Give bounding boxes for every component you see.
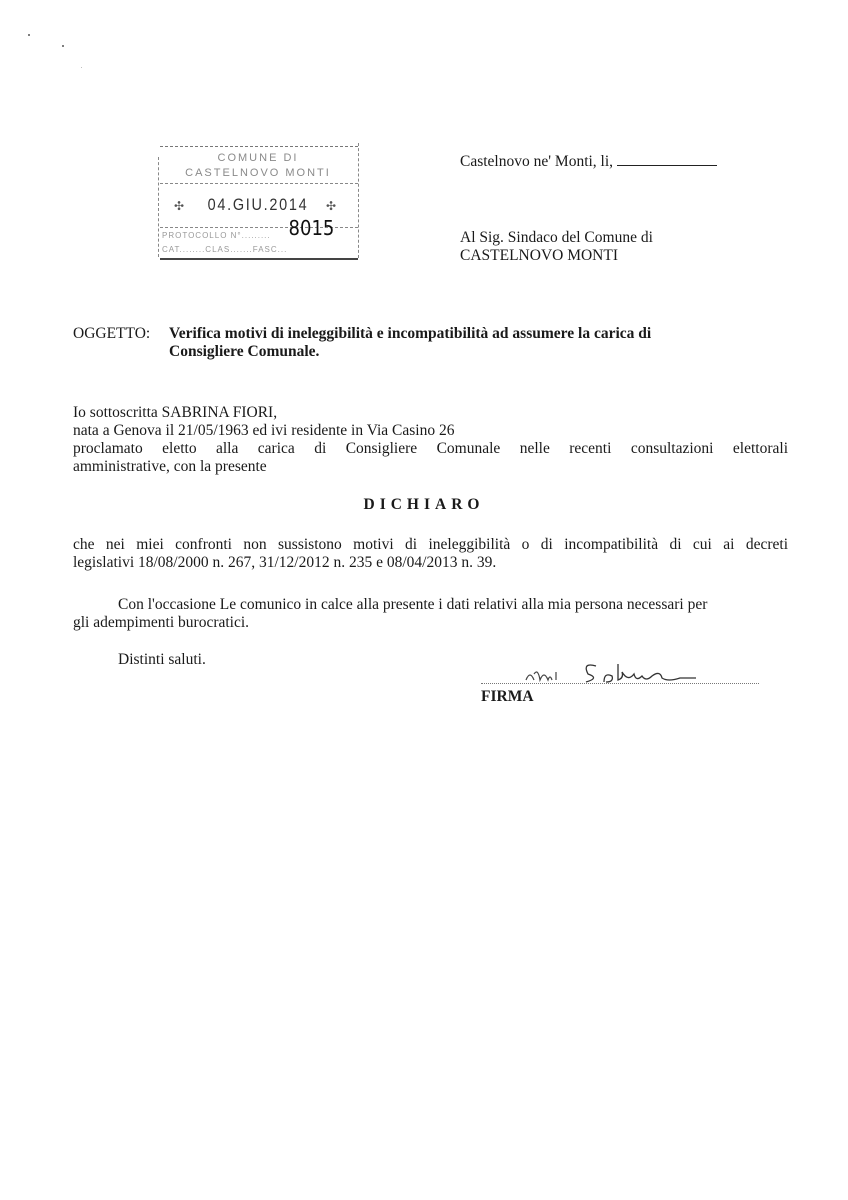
recipient-line-2: CASTELNOVO MONTI [460,247,618,265]
stamp-ornament-icon: ✣ [326,199,336,213]
stamp-municipality-label: COMUNE DI [158,152,358,164]
declaration-line-1: che nei miei confronti non sussistono mo… [73,536,788,554]
stamp-protocol-label: PROTOCOLLO N°......... [162,231,271,240]
signature-label: FIRMA [481,688,534,706]
stamp-border [160,146,358,147]
stamp-divider [160,183,358,184]
place-date-line: Castelnovo ne' Monti, li, [460,151,717,171]
intro-line-1: Io sottoscritta SABRINA FIORI, [73,404,277,422]
stamp-classification-label: CAT........CLAS.......FASC... [162,245,287,254]
subject-line-1: Verifica motivi di ineleggibilità e inco… [169,325,651,343]
stamp-border [358,143,359,258]
stamp-border [160,258,358,260]
subject-label: OGGETTO: [73,325,150,343]
declaration-line-2: legislativi 18/08/2000 n. 267, 31/12/201… [73,554,496,572]
occasion-line-1: Con l'occasione Le comunico in calce all… [118,596,707,614]
place-date-text: Castelnovo ne' Monti, li, [460,153,613,170]
protocol-stamp: COMUNE DI CASTELNOVO MONTI ✣ 04.GIU.2014… [158,143,360,261]
scan-speck [28,34,30,36]
subject-line-2: Consigliere Comunale. [169,343,319,361]
intro-line-4: amministrative, con la presente [73,458,267,476]
recipient-line-1: Al Sig. Sindaco del Comune di [460,229,653,247]
handwritten-signature [520,656,710,686]
declaration-heading: DICHIARO [0,496,848,514]
date-blank-field [617,151,717,166]
signature-line [481,683,759,684]
scan-speck [81,67,82,68]
stamp-protocol-number: 8015 [289,216,335,240]
scan-speck [62,45,64,47]
stamp-municipality-name: CASTELNOVO MONTI [158,167,358,179]
occasion-line-2: gli adempimenti burocratici. [73,614,249,632]
intro-line-3: proclamato eletto alla carica di Consigl… [73,440,788,458]
intro-line-2: nata a Genova il 21/05/1963 ed ivi resid… [73,422,454,440]
stamp-date: 04.GIU.2014 [173,195,343,215]
closing-greeting: Distinti saluti. [118,651,206,669]
